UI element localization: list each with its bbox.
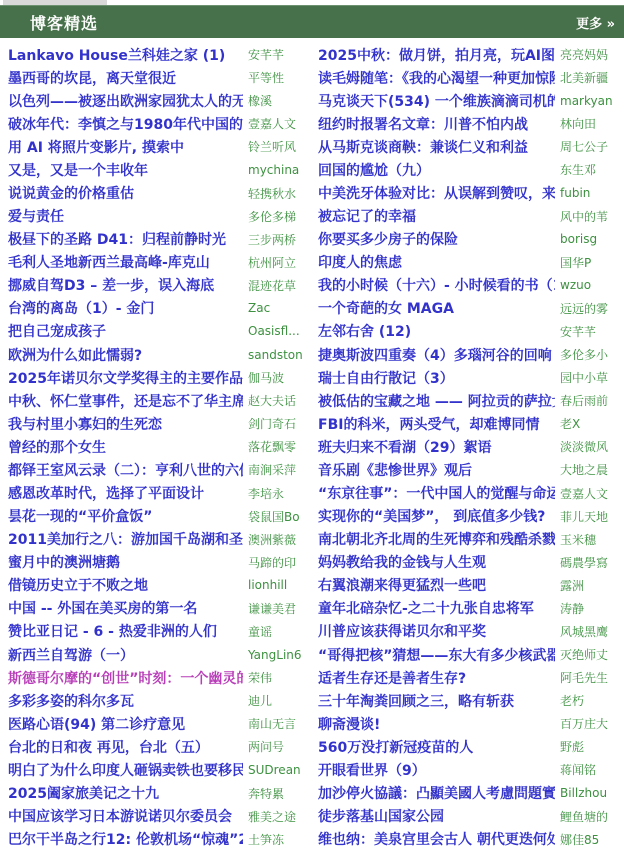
- author-link[interactable]: 剑门奇石: [248, 415, 312, 432]
- list-item: 借镜历史立于不败之地lionhill: [0, 574, 312, 597]
- list-item: 妈妈教给我的金钱与人生观碼農學寫: [312, 551, 624, 574]
- list-item: 童年北碚杂忆-之二十九张自忠将军涛静: [312, 597, 624, 620]
- author-link[interactable]: mychina: [248, 163, 312, 177]
- list-item: 台北的日和夜 再见，台北（五）两问号: [0, 735, 312, 758]
- post-title-link[interactable]: Lankavo House兰科娃之家 (1): [8, 45, 243, 65]
- list-item: “东京往事”：一代中国人的觉醒与命运转折壹嘉人文: [312, 481, 624, 504]
- post-title-link[interactable]: 瑞士自由行散记（3）: [318, 368, 555, 388]
- list-item: 560万没打新冠疫苗的人野彪: [312, 735, 624, 758]
- author-link[interactable]: 风城黑鹰: [560, 623, 624, 640]
- post-title-link[interactable]: 2025年诺贝尔文学奖得主的主要作品和思: [8, 368, 243, 388]
- post-title-link[interactable]: 开眼看世界（9）: [318, 760, 555, 780]
- list-item: 感恩改革时代，选择了平面设计李培永: [0, 481, 312, 504]
- list-item: 明白了为什么印度人砸锅卖铁也要移民加SUDrean: [0, 758, 312, 781]
- list-item: 瑞士自由行散记（3）园中小草: [312, 366, 624, 389]
- post-title-link[interactable]: FBI的科米，两头受气，却难博同情: [318, 414, 555, 434]
- list-item: 昙花一现的“平价盒饭”袋鼠国Bo: [0, 505, 312, 528]
- list-item: 以色列——被逐出欧洲家园犹太人的无奈橡溪: [0, 89, 312, 112]
- author-link[interactable]: 大地之晨: [560, 461, 624, 478]
- post-title-link[interactable]: 被忘记了的幸福: [318, 206, 555, 226]
- post-title-link[interactable]: 维也纳：美泉宫里会古人 朝代更迭何处安: [318, 829, 555, 849]
- post-title-link[interactable]: 三十年淘粪回顾之三，略有斩获: [318, 691, 555, 711]
- post-title-link[interactable]: 感恩改革时代，选择了平面设计: [8, 483, 243, 503]
- post-title-link[interactable]: 2011美加行之八：游加国千岛湖和圣约瑟: [8, 529, 243, 549]
- list-item: 蜜月中的澳洲塘鹅马蹄的印: [0, 551, 312, 574]
- author-link[interactable]: 三步两桥: [248, 231, 312, 248]
- author-link[interactable]: 老朽: [560, 692, 624, 709]
- list-item: 班夫归来不看湖（29）絮语淡淡微风: [312, 435, 624, 458]
- post-title-link[interactable]: 一个奇葩的女 MAGA: [318, 298, 555, 318]
- author-link[interactable]: 橡溪: [248, 92, 312, 109]
- post-title-link[interactable]: 墨西哥的坎昆，离天堂很近: [8, 68, 243, 88]
- post-title-link[interactable]: 纽约时报署名文章：川普不怕内战: [318, 114, 555, 134]
- post-title-link[interactable]: 赞比亚日记 - 6 - 热爱非洲的人们: [8, 621, 243, 641]
- list-item: 徒步落基山国家公园鲤鱼塘的: [312, 805, 624, 828]
- post-title-link[interactable]: 徒步落基山国家公园: [318, 806, 555, 826]
- post-title-link[interactable]: 2025阖家旅美记之十九: [8, 783, 243, 803]
- post-title-link[interactable]: 班夫归来不看湖（29）絮语: [318, 437, 555, 457]
- post-title-link[interactable]: 蜜月中的澳洲塘鹅: [8, 552, 243, 572]
- post-title-link[interactable]: 台湾的离岛（1）- 金门: [8, 298, 243, 318]
- list-item: 极昼下的圣路 D41：归程前静时光三步两桥: [0, 228, 312, 251]
- list-item: 开眼看世界（9）蒋闻铭: [312, 758, 624, 781]
- list-item: 一个奇葩的女 MAGA远远的雾: [312, 297, 624, 320]
- list-item: Lankavo House兰科娃之家 (1)安芊芊: [0, 43, 312, 66]
- author-link[interactable]: 林向田: [560, 115, 624, 132]
- post-title-link[interactable]: 回国的尴尬（九）: [318, 160, 555, 180]
- author-link[interactable]: 伽马波: [248, 369, 312, 386]
- author-link[interactable]: 安芊芊: [248, 46, 312, 63]
- list-item: 音乐剧《悲惨世界》观后大地之晨: [312, 458, 624, 481]
- list-item: 川普应该获得诺贝尔和平奖风城黑鹰: [312, 620, 624, 643]
- author-link[interactable]: 赵大夫话: [248, 392, 312, 409]
- list-item: 巴尔干半岛之行12: 伦敦机场“惊魂”2土笋冻: [0, 828, 312, 851]
- author-link[interactable]: 多伦多梯: [248, 208, 312, 225]
- author-link[interactable]: 荣伟: [248, 669, 312, 686]
- list-item: 2025年诺贝尔文学奖得主的主要作品和思伽马波: [0, 366, 312, 389]
- list-item: 被忘记了的幸福风中的苇: [312, 205, 624, 228]
- author-link[interactable]: 奔特累: [248, 785, 312, 802]
- list-item: 南北朝北齐北周的生死博弈和残酷杀戮的历玉米穗: [312, 528, 624, 551]
- list-item: “哥得把核”猜想——东大有多少核武器?灭绝师丈: [312, 643, 624, 666]
- author-link[interactable]: YangLin6: [248, 648, 312, 662]
- author-link[interactable]: SUDrean: [248, 763, 312, 777]
- post-title-link[interactable]: 破冰年代：李慎之与1980年代中国的美国: [8, 114, 243, 134]
- blog-list-column-left: Lankavo House兰科娃之家 (1)安芊芊墨西哥的坎昆，离天堂很近平等性…: [0, 43, 312, 853]
- list-item: 赞比亚日记 - 6 - 热爱非洲的人们童谣: [0, 620, 312, 643]
- more-link[interactable]: 更多 »: [576, 13, 615, 32]
- author-link[interactable]: 壹嘉人文: [560, 485, 624, 502]
- post-title-link[interactable]: 曾经的那个女生: [8, 437, 243, 457]
- post-title-link[interactable]: 我的小时候（十六）- 小时候看的书（1）: [318, 275, 555, 295]
- author-link[interactable]: fubin: [560, 186, 624, 200]
- list-item: 挪威自驾D3 – 差一步，误入海底混迹花草: [0, 274, 312, 297]
- post-title-link[interactable]: “哥得把核”猜想——东大有多少核武器?: [318, 645, 555, 665]
- list-item: 中国 -- 外国在美买房的第一名谦谦美君: [0, 597, 312, 620]
- author-link[interactable]: 周七公子: [560, 138, 624, 155]
- list-item: 爱与责任多伦多梯: [0, 205, 312, 228]
- author-link[interactable]: 东生邓: [560, 161, 624, 178]
- author-link[interactable]: 杭州阿立: [248, 254, 312, 271]
- list-item: 从马斯克谈商鞅：兼谈仁义和利益周七公子: [312, 135, 624, 158]
- post-title-link[interactable]: 巴尔干半岛之行12: 伦敦机场“惊魂”2: [8, 829, 243, 849]
- author-link[interactable]: 老X: [560, 415, 624, 432]
- author-link[interactable]: 淡淡微风: [560, 438, 624, 455]
- section-title: 博客精选: [30, 11, 98, 34]
- post-title-link[interactable]: 昙花一现的“平价盒饭”: [8, 506, 243, 526]
- author-link[interactable]: 涛静: [560, 600, 624, 617]
- post-title-link[interactable]: 马克谈天下(534) 一个维族滴滴司机的故事: [318, 91, 555, 111]
- author-link[interactable]: 李培永: [248, 485, 312, 502]
- list-item: 纽约时报署名文章：川普不怕内战林向田: [312, 112, 624, 135]
- author-link[interactable]: lionhill: [248, 578, 312, 592]
- post-title-link[interactable]: 台北的日和夜 再见，台北（五）: [8, 737, 243, 757]
- author-link[interactable]: 袋鼠国Bo: [248, 508, 312, 525]
- post-title-link[interactable]: 适者生存还是善者生存?: [318, 668, 555, 688]
- list-item: 你要买多少房子的保险borisg: [312, 228, 624, 251]
- author-link[interactable]: 多伦多小: [560, 346, 624, 363]
- author-link[interactable]: 安芊芊: [560, 323, 624, 340]
- list-item: 马克谈天下(534) 一个维族滴滴司机的故事markyan: [312, 89, 624, 112]
- post-title-link[interactable]: 被低估的宝藏之地 —— 阿拉贡的萨拉戈萨: [318, 391, 555, 411]
- author-link[interactable]: 远远的雾: [560, 300, 624, 317]
- author-link[interactable]: 风中的苇: [560, 208, 624, 225]
- list-item: FBI的科米，两头受气，却难博同情老X: [312, 412, 624, 435]
- post-title-link[interactable]: 把自己宠成孩子: [8, 321, 243, 341]
- list-item: 2025中秋：做月饼，拍月亮，玩AI图片亮亮妈妈: [312, 43, 624, 66]
- post-title-link[interactable]: 读毛姆随笔：《我的心渴望一种更加惊险的: [318, 68, 555, 88]
- author-link[interactable]: 春后雨前: [560, 392, 624, 409]
- post-title-link[interactable]: 极昼下的圣路 D41：归程前静时光: [8, 229, 243, 249]
- author-link[interactable]: 壹嘉人文: [248, 115, 312, 132]
- list-item: 印度人的焦虑国华P: [312, 251, 624, 274]
- list-item: 曾经的那个女生落花飘零: [0, 435, 312, 458]
- list-item: 左邻右舍 (12)安芊芊: [312, 320, 624, 343]
- author-link[interactable]: sandston: [248, 348, 312, 362]
- post-title-link[interactable]: 欧洲为什么如此懦弱?: [8, 345, 243, 365]
- post-title-link[interactable]: 实现你的“美国梦”， 到底值多少钱?: [318, 506, 555, 526]
- list-item: 捷奥斯波四重奏（4）多瑙河谷的回响多伦多小: [312, 343, 624, 366]
- list-item: 右翼浪潮来得更猛烈一些吧露洲: [312, 574, 624, 597]
- post-title-link[interactable]: 中美洗牙体验对比：从误解到赞叹，来中: [318, 183, 555, 203]
- post-title-link[interactable]: 我与村里小寡妇的生死恋: [8, 414, 243, 434]
- post-title-link[interactable]: “东京往事”：一代中国人的觉醒与命运转折: [318, 483, 555, 503]
- post-title-link[interactable]: 多彩多姿的科尔多瓦: [8, 691, 243, 711]
- post-title-link[interactable]: 左邻右舍 (12): [318, 321, 555, 341]
- list-item: 破冰年代：李慎之与1980年代中国的美国壹嘉人文: [0, 112, 312, 135]
- list-item: 我与村里小寡妇的生死恋剑门奇石: [0, 412, 312, 435]
- post-title-link[interactable]: 聊斋漫谈!: [318, 714, 555, 734]
- post-title-link[interactable]: 你要买多少房子的保险: [318, 229, 555, 249]
- list-item: 墨西哥的坎昆，离天堂很近平等性: [0, 66, 312, 89]
- author-link[interactable]: 铃兰听风: [248, 138, 312, 155]
- post-title-link[interactable]: 用 AI 将照片变影片, 摸索中: [8, 137, 243, 157]
- author-link[interactable]: 雅美之途: [248, 808, 312, 825]
- author-link[interactable]: 碼農學寫: [560, 554, 624, 571]
- post-title-link[interactable]: 川普应该获得诺贝尔和平奖: [318, 621, 555, 641]
- author-link[interactable]: 亮亮妈妈: [560, 46, 624, 63]
- post-title-link[interactable]: 说说黄金的价格重估: [8, 183, 243, 203]
- post-title-link[interactable]: 明白了为什么印度人砸锅卖铁也要移民加: [8, 760, 243, 780]
- author-link[interactable]: 娜佳85: [560, 831, 624, 848]
- list-item: 毛利人圣地新西兰最高峰-库克山杭州阿立: [0, 251, 312, 274]
- author-link[interactable]: borisg: [560, 232, 624, 246]
- list-item: 把自己宠成孩子Oasisfl...: [0, 320, 312, 343]
- list-item: 都铎王室风云录（二）：亨利八世的六位王南涧采萍: [0, 458, 312, 481]
- list-item: 台湾的离岛（1）- 金门Zac: [0, 297, 312, 320]
- list-item: 维也纳：美泉宫里会古人 朝代更迭何处安娜佳85: [312, 828, 624, 851]
- post-title-link[interactable]: 从马斯克谈商鞅：兼谈仁义和利益: [318, 137, 555, 157]
- post-title-link[interactable]: 2025中秋：做月饼，拍月亮，玩AI图片: [318, 45, 555, 65]
- author-link[interactable]: 阿毛先生: [560, 669, 624, 686]
- list-item: 被低估的宝藏之地 —— 阿拉贡的萨拉戈萨春后雨前: [312, 389, 624, 412]
- author-link[interactable]: 迪儿: [248, 692, 312, 709]
- author-link[interactable]: wzuo: [560, 278, 624, 292]
- post-title-link[interactable]: 医路心语(94) 第二诊疗意见: [8, 714, 243, 734]
- author-link[interactable]: 轻携秋水: [248, 185, 312, 202]
- author-link[interactable]: 菲儿天地: [560, 508, 624, 525]
- author-link[interactable]: 野彪: [560, 738, 624, 755]
- author-link[interactable]: 两问号: [248, 738, 312, 755]
- list-item: 读毛姆随笔：《我的心渴望一种更加惊险的北美新疆: [312, 66, 624, 89]
- post-title-link[interactable]: 挪威自驾D3 – 差一步，误入海底: [8, 275, 243, 295]
- author-link[interactable]: 南涧采萍: [248, 461, 312, 478]
- list-item: 中美洗牙体验对比：从误解到赞叹，来中fubin: [312, 181, 624, 204]
- blog-list-column-right: 2025中秋：做月饼，拍月亮，玩AI图片亮亮妈妈读毛姆随笔：《我的心渴望一种更加…: [312, 43, 624, 853]
- list-item: 用 AI 将照片变影片, 摸索中铃兰听风: [0, 135, 312, 158]
- post-title-link[interactable]: 斯德哥尔摩的“创世”时刻：一个幽灵的现身: [8, 668, 243, 688]
- list-item: 中国应该学习日本游说诺贝尔委员会雅美之途: [0, 805, 312, 828]
- author-link[interactable]: Zac: [248, 301, 312, 315]
- post-title-link[interactable]: 捷奥斯波四重奏（4）多瑙河谷的回响: [318, 345, 555, 365]
- post-title-link[interactable]: 中秋、怀仁堂事件，还是忘不了华主席: [8, 391, 243, 411]
- author-link[interactable]: markyan: [560, 94, 624, 108]
- author-link[interactable]: 谦谦美君: [248, 600, 312, 617]
- post-title-link[interactable]: 又是，又是一个丰收年: [8, 160, 243, 180]
- author-link[interactable]: Oasisfl...: [248, 324, 312, 338]
- post-title-link[interactable]: 毛利人圣地新西兰最高峰-库克山: [8, 252, 243, 272]
- blog-list: Lankavo House兰科娃之家 (1)安芊芊墨西哥的坎昆，离天堂很近平等性…: [0, 43, 624, 853]
- post-title-link[interactable]: 以色列——被逐出欧洲家园犹太人的无奈: [8, 91, 243, 111]
- author-link[interactable]: 落花飘零: [248, 438, 312, 455]
- post-title-link[interactable]: 右翼浪潮来得更猛烈一些吧: [318, 575, 555, 595]
- list-item: 新西兰自驾游（一）YangLin6: [0, 643, 312, 666]
- post-title-link[interactable]: 中国 -- 外国在美买房的第一名: [8, 598, 243, 618]
- post-title-link[interactable]: 南北朝北齐北周的生死博弈和残酷杀戮的历: [318, 529, 555, 549]
- author-link[interactable]: 澳洲紫薇: [248, 531, 312, 548]
- list-item: 2025阖家旅美记之十九奔特累: [0, 782, 312, 805]
- post-title-link[interactable]: 印度人的焦虑: [318, 252, 555, 272]
- author-link[interactable]: 玉米穗: [560, 531, 624, 548]
- author-link[interactable]: Billzhou: [560, 786, 624, 800]
- list-item: 2011美加行之八：游加国千岛湖和圣约瑟澳洲紫薇: [0, 528, 312, 551]
- list-item: 实现你的“美国梦”， 到底值多少钱?菲儿天地: [312, 505, 624, 528]
- list-item: 聊斋漫谈!百万庄大: [312, 712, 624, 735]
- list-item: 回国的尴尬（九）东生邓: [312, 158, 624, 181]
- author-link[interactable]: 童谣: [248, 623, 312, 640]
- author-link[interactable]: 蒋闻铭: [560, 761, 624, 778]
- section-header: 博客精选 更多 »: [0, 5, 624, 38]
- post-title-link[interactable]: 童年北碚杂忆-之二十九张自忠将军: [318, 598, 555, 618]
- post-title-link[interactable]: 新西兰自驾游（一）: [8, 645, 243, 665]
- post-title-link[interactable]: 音乐剧《悲惨世界》观后: [318, 460, 555, 480]
- post-title-link[interactable]: 妈妈教给我的金钱与人生观: [318, 552, 555, 572]
- post-title-link[interactable]: 加沙停火協議：凸顯美國人考慮問題實事: [318, 783, 555, 803]
- author-link[interactable]: 国华P: [560, 254, 624, 271]
- list-item: 中秋、怀仁堂事件，还是忘不了华主席赵大夫话: [0, 389, 312, 412]
- author-link[interactable]: 园中小草: [560, 369, 624, 386]
- list-item: 斯德哥尔摩的“创世”时刻：一个幽灵的现身荣伟: [0, 666, 312, 689]
- post-title-link[interactable]: 560万没打新冠疫苗的人: [318, 737, 555, 757]
- list-item: 我的小时候（十六）- 小时候看的书（1）wzuo: [312, 274, 624, 297]
- list-item: 医路心语(94) 第二诊疗意见南山无言: [0, 712, 312, 735]
- post-title-link[interactable]: 中国应该学习日本游说诺贝尔委员会: [8, 806, 243, 826]
- author-link[interactable]: 混迹花草: [248, 277, 312, 294]
- list-item: 加沙停火協議：凸顯美國人考慮問題實事Billzhou: [312, 782, 624, 805]
- list-item: 又是，又是一个丰收年mychina: [0, 158, 312, 181]
- author-link[interactable]: 鲤鱼塘的: [560, 808, 624, 825]
- author-link[interactable]: 北美新疆: [560, 69, 624, 86]
- list-item: 三十年淘粪回顾之三，略有斩获老朽: [312, 689, 624, 712]
- author-link[interactable]: 灭绝师丈: [560, 646, 624, 663]
- post-title-link[interactable]: 借镜历史立于不败之地: [8, 575, 243, 595]
- author-link[interactable]: 露洲: [560, 577, 624, 594]
- list-item: 多彩多姿的科尔多瓦迪儿: [0, 689, 312, 712]
- list-item: 说说黄金的价格重估轻携秋水: [0, 181, 312, 204]
- author-link[interactable]: 马蹄的印: [248, 554, 312, 571]
- list-item: 适者生存还是善者生存?阿毛先生: [312, 666, 624, 689]
- author-link[interactable]: 土笋冻: [248, 831, 312, 848]
- author-link[interactable]: 南山无言: [248, 715, 312, 732]
- author-link[interactable]: 平等性: [248, 69, 312, 86]
- post-title-link[interactable]: 都铎王室风云录（二）：亨利八世的六位王: [8, 460, 243, 480]
- list-item: 欧洲为什么如此懦弱?sandston: [0, 343, 312, 366]
- post-title-link[interactable]: 爱与责任: [8, 206, 243, 226]
- author-link[interactable]: 百万庄大: [560, 715, 624, 732]
